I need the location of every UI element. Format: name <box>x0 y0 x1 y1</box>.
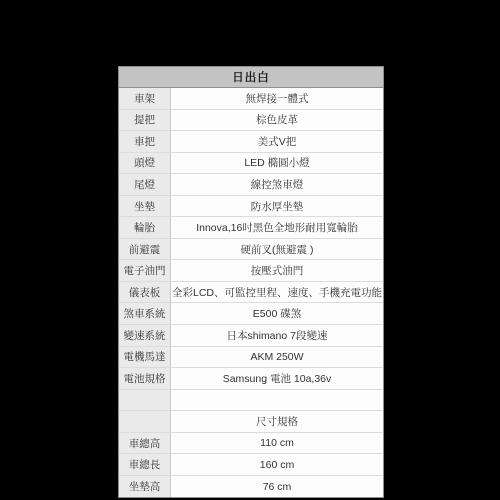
table-row: 車架 無焊接一體式 <box>119 88 383 110</box>
spec-label: 車架 <box>119 88 171 110</box>
spec-label: 電子油門 <box>119 260 171 282</box>
table-row: 儀表板 全彩LCD、可監控里程、速度、手機充電功能 <box>119 282 383 304</box>
table-row: 尺寸規格 <box>119 411 383 433</box>
table-row: 坐墊 防水厚坐墊 <box>119 196 383 218</box>
table-title: 日出白 <box>119 67 383 88</box>
spec-label <box>119 411 171 433</box>
spec-value: 防水厚坐墊 <box>171 196 383 218</box>
table-row: 尾燈 線控煞車燈 <box>119 174 383 196</box>
table-row: 煞車系統 E500 碟煞 <box>119 303 383 325</box>
spec-value: 棕色皮革 <box>171 110 383 132</box>
spec-value: Samsung 電池 10a,36v <box>171 368 383 390</box>
table-row: 輪胎 Innova,16吋黑色全地形耐用寬輪胎 <box>119 217 383 239</box>
spec-table: 日出白 車架 無焊接一體式 提把 棕色皮革 車把 美式V把 頭燈 LED 橢圓小… <box>118 66 384 498</box>
spec-value: 按壓式油門 <box>171 260 383 282</box>
spec-value: AKM 250W <box>171 347 383 369</box>
spec-value: 美式V把 <box>171 131 383 153</box>
table-row: 前避震 硬前叉(無避震 ) <box>119 239 383 261</box>
spec-label: 坐墊高 <box>119 476 171 498</box>
spec-label: 前避震 <box>119 239 171 261</box>
spec-value: 無焊接一體式 <box>171 88 383 110</box>
table-row: 電子油門 按壓式油門 <box>119 260 383 282</box>
spec-value: 110 cm <box>171 433 383 455</box>
table-row: 變速系統 日本shimano 7段變速 <box>119 325 383 347</box>
spec-value: 76 cm <box>171 476 383 498</box>
spec-value: LED 橢圓小燈 <box>171 153 383 175</box>
spec-label: 提把 <box>119 110 171 132</box>
spec-label: 頭燈 <box>119 153 171 175</box>
table-row: 電機馬達 AKM 250W <box>119 347 383 369</box>
spec-value: 160 cm <box>171 454 383 476</box>
spec-label: 車總高 <box>119 433 171 455</box>
table-row: 車把 美式V把 <box>119 131 383 153</box>
spec-label: 電機馬達 <box>119 347 171 369</box>
spec-label: 電池規格 <box>119 368 171 390</box>
spec-label: 儀表板 <box>119 282 171 304</box>
table-row: 電池規格 Samsung 電池 10a,36v <box>119 368 383 390</box>
table-row: 頭燈 LED 橢圓小燈 <box>119 153 383 175</box>
spec-label: 尾燈 <box>119 174 171 196</box>
table-row: 坐墊高 76 cm <box>119 476 383 498</box>
spec-value: 硬前叉(無避震 ) <box>171 239 383 261</box>
spec-label: 煞車系統 <box>119 303 171 325</box>
spec-value: E500 碟煞 <box>171 303 383 325</box>
spec-label: 車總長 <box>119 454 171 476</box>
spec-label: 輪胎 <box>119 217 171 239</box>
table-row <box>119 390 383 412</box>
spec-value: Innova,16吋黑色全地形耐用寬輪胎 <box>171 217 383 239</box>
spec-label <box>119 390 171 412</box>
table-row: 提把 棕色皮革 <box>119 110 383 132</box>
spec-rows: 車架 無焊接一體式 提把 棕色皮革 車把 美式V把 頭燈 LED 橢圓小燈 尾燈… <box>119 88 383 497</box>
spec-value <box>171 390 383 412</box>
table-row: 車總長 160 cm <box>119 454 383 476</box>
spec-value: 日本shimano 7段變速 <box>171 325 383 347</box>
spec-label: 變速系統 <box>119 325 171 347</box>
spec-value: 全彩LCD、可監控里程、速度、手機充電功能 <box>171 282 383 304</box>
spec-label: 車把 <box>119 131 171 153</box>
table-row: 車總高 110 cm <box>119 433 383 455</box>
spec-value: 尺寸規格 <box>171 411 383 433</box>
spec-value: 線控煞車燈 <box>171 174 383 196</box>
spec-label: 坐墊 <box>119 196 171 218</box>
